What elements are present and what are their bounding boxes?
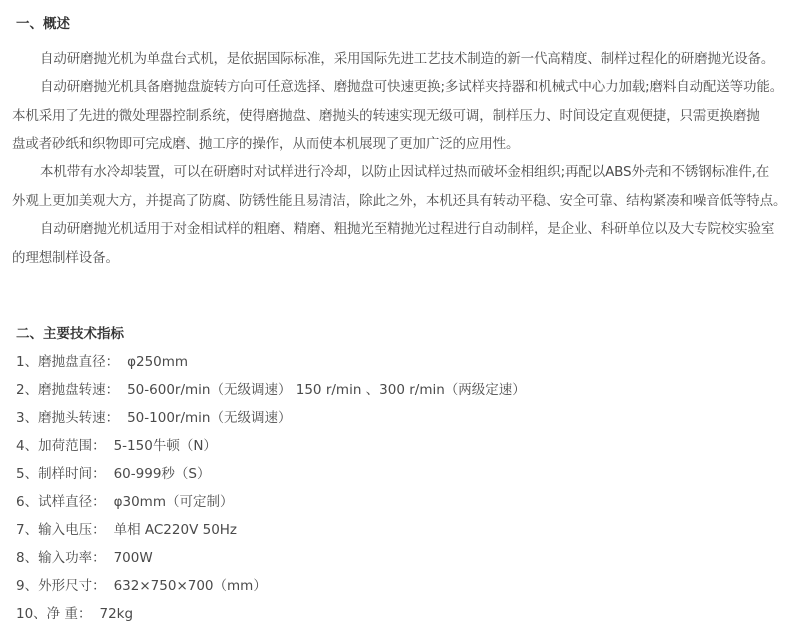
- document-page: 一、概述 自动研磨抛光机为单盘台式机，是依据国际标准，采用国际先进工艺技术制造的…: [0, 0, 800, 629]
- spec-label: 6、试样直径：: [16, 490, 106, 510]
- spec-label: 9、外形尺寸：: [16, 574, 106, 594]
- spec-value: 单相 AC220V 50Hz: [114, 518, 237, 538]
- spec-row-load-range: 4、加荷范围：5-150牛顿（N）: [16, 434, 217, 454]
- paragraph-line: 自动研磨抛光机适用于对金相试样的粗磨、精磨、粗抛光至精抛光过程进行自动制样，是企…: [40, 217, 774, 237]
- spec-row-sample-diameter: 6、试样直径：φ30mm（可定制）: [16, 490, 233, 510]
- spec-value: φ250mm: [127, 354, 188, 370]
- spec-value: 632×750×700（mm）: [114, 574, 267, 594]
- spec-row-dimensions: 9、外形尺寸：632×750×700（mm）: [16, 574, 267, 594]
- paragraph-line: 自动研磨抛光机为单盘台式机，是依据国际标准，采用国际先进工艺技术制造的新一代高精…: [40, 47, 774, 67]
- spec-value: 700W: [114, 550, 153, 566]
- paragraph-line: 本机采用了先进的微处理器控制系统，使得磨抛盘、磨抛头的转速实现无级可调，制样压力…: [12, 104, 760, 124]
- spec-row-disc-diameter: 1、磨抛盘直径：φ250mm: [16, 350, 188, 370]
- section-heading-specs: 二、主要技术指标: [16, 322, 124, 342]
- spec-value: 50-100r/min（无级调速）: [127, 406, 291, 426]
- spec-label: 4、加荷范围：: [16, 434, 106, 454]
- paragraph-line: 外观上更加美观大方，并提高了防腐、防锈性能且易清洁，除此之外，本机还具有转动平稳…: [12, 189, 786, 209]
- spec-row-disc-speed: 2、磨抛盘转速：50-600r/min（无级调速） 150 r/min 、300…: [16, 378, 526, 398]
- spec-label: 10、净 重：: [16, 602, 91, 622]
- spec-label: 2、磨抛盘转速：: [16, 378, 119, 398]
- spec-row-prep-time: 5、制样时间：60-999秒（S）: [16, 462, 210, 482]
- section-heading-overview: 一、概述: [16, 12, 70, 32]
- spec-value: φ30mm（可定制）: [114, 490, 234, 510]
- spec-row-input-power: 8、输入功率：700W: [16, 546, 153, 566]
- spec-value: 5-150牛顿（N）: [114, 434, 217, 454]
- spec-label: 8、输入功率：: [16, 546, 106, 566]
- paragraph-line: 自动研磨抛光机具备磨抛盘旋转方向可任意选择、磨抛盘可快速更换;多试样夹持器和机械…: [40, 75, 783, 95]
- spec-label: 5、制样时间：: [16, 462, 106, 482]
- spec-row-input-voltage: 7、输入电压：单相 AC220V 50Hz: [16, 518, 237, 538]
- spec-value: 72kg: [99, 606, 133, 622]
- spec-label: 7、输入电压：: [16, 518, 106, 538]
- spec-row-head-speed: 3、磨抛头转速：50-100r/min（无级调速）: [16, 406, 291, 426]
- paragraph-line: 的理想制样设备。: [12, 246, 119, 266]
- paragraph-line: 盘或者砂纸和织物即可完成磨、抛工序的操作，从而使本机展现了更加广泛的应用性。: [12, 132, 519, 152]
- paragraph-line: 本机带有水冷却装置，可以在研磨时对试样进行冷却，以防止因试样过热而破坏金相组织;…: [40, 160, 769, 180]
- spec-row-net-weight: 10、净 重：72kg: [16, 602, 133, 622]
- spec-label: 1、磨抛盘直径：: [16, 350, 119, 370]
- spec-label: 3、磨抛头转速：: [16, 406, 119, 426]
- spec-value: 50-600r/min（无级调速） 150 r/min 、300 r/min（两…: [127, 378, 526, 398]
- spec-value: 60-999秒（S）: [114, 462, 211, 482]
